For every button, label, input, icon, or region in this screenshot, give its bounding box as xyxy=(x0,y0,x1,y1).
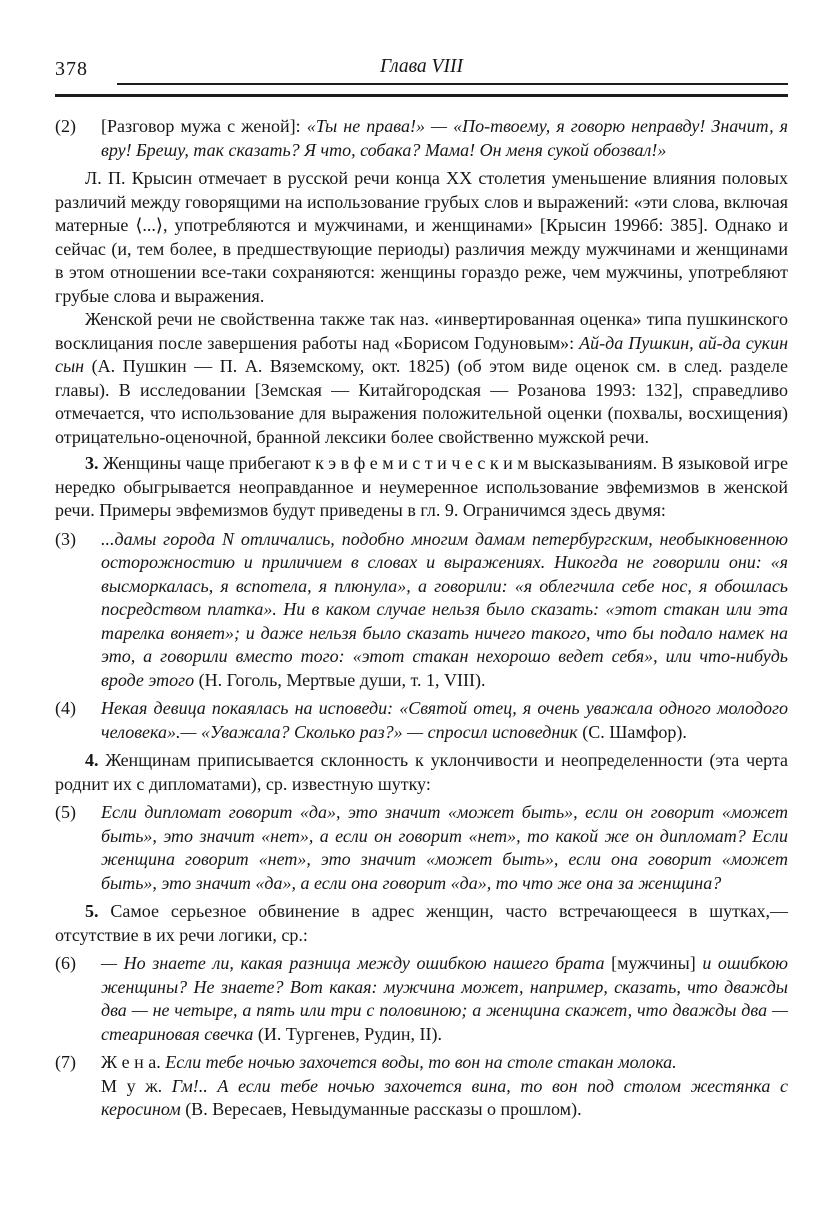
example-4-label: (4) xyxy=(55,697,76,721)
paragraph-point-3: 3. Женщины чаще прибегают к э в ф е м и … xyxy=(55,452,788,523)
example-5: (5) Если дипломат говорит «да», это знач… xyxy=(55,801,788,895)
example-3-text: ...дамы города N отличались, подобно мно… xyxy=(101,529,788,690)
example-3-label: (3) xyxy=(55,528,76,552)
example-5-text: Если дипломат говорит «да», это значит «… xyxy=(101,802,788,893)
example-6-text-a: — Но знаете ли, какая разница между ошиб… xyxy=(101,953,611,973)
example-4-source: (С. Шамфор). xyxy=(582,722,687,742)
point-4-number: 4. xyxy=(85,750,99,770)
example-5-label: (5) xyxy=(55,801,76,825)
example-7-label: (7) xyxy=(55,1051,76,1075)
page-body: (2) [Разговор мужа с женой]: «Ты не прав… xyxy=(55,115,788,1122)
point-5-text: Самое серьезное обвинение в адрес женщин… xyxy=(55,901,788,945)
example-7-source: (В. Вересаев, Невыдуманные рассказы о пр… xyxy=(185,1099,581,1119)
example-7: (7) Ж е н а. Если тебе ночью захочется в… xyxy=(55,1051,788,1122)
example-6: (6) — Но знаете ли, какая разница между … xyxy=(55,952,788,1046)
example-2-intro: [Разговор мужа с женой]: xyxy=(101,116,307,136)
wife-line: Ж е н а. Если тебе ночью захочется воды,… xyxy=(101,1051,788,1075)
wife-text: Если тебе ночью захочется воды, то вон н… xyxy=(165,1052,676,1072)
example-3-source: (Н. Гоголь, Мертвые души, т. 1, VIII). xyxy=(199,670,486,690)
running-head: Глава VIII xyxy=(55,56,788,78)
point-5-number: 5. xyxy=(85,901,99,921)
husband-line: М у ж. Гм!.. А если тебе ночью захочется… xyxy=(101,1075,788,1122)
point-3-number: 3. xyxy=(85,453,99,473)
header-rule-thick xyxy=(55,94,788,97)
header-rule-thin xyxy=(117,83,788,85)
book-page: 378 Глава VIII (2) [Разговор мужа с жено… xyxy=(0,0,834,1230)
example-2-label: (2) xyxy=(55,115,76,139)
page-header: 378 Глава VIII xyxy=(55,58,788,106)
point-3-spaced-term: э в ф е м и с т и ч е с к и м xyxy=(328,453,528,473)
paragraph-point-5: 5. Самое серьезное обвинение в адрес жен… xyxy=(55,900,788,947)
wife-name: Ж е н а. xyxy=(101,1052,165,1072)
paragraph-pushkin-tail: (А. Пушкин — П. А. Вяземскому, окт. 1825… xyxy=(55,356,788,447)
example-3: (3) ...дамы города N отличались, подобно… xyxy=(55,528,788,693)
paragraph-krysin-text: Л. П. Крысин отмечает в русской речи кон… xyxy=(55,168,788,306)
point-4-text: Женщинам приписывается склонность к укло… xyxy=(55,750,788,794)
paragraph-pushkin: Женской речи не свойственна также так на… xyxy=(55,308,788,449)
paragraph-point-4: 4. Женщинам приписывается склонность к у… xyxy=(55,749,788,796)
example-6-source: (И. Тургенев, Рудин, II). xyxy=(258,1024,442,1044)
example-2: (2) [Разговор мужа с женой]: «Ты не прав… xyxy=(55,115,788,162)
point-3-text-a: Женщины чаще прибегают к xyxy=(99,453,329,473)
example-4: (4) Некая девица покаялась на исповеди: … xyxy=(55,697,788,744)
example-6-bracket: [мужчины] xyxy=(611,953,696,973)
husband-name: М у ж. xyxy=(101,1076,172,1096)
paragraph-krysin: Л. П. Крысин отмечает в русской речи кон… xyxy=(55,167,788,308)
example-6-label: (6) xyxy=(55,952,76,976)
